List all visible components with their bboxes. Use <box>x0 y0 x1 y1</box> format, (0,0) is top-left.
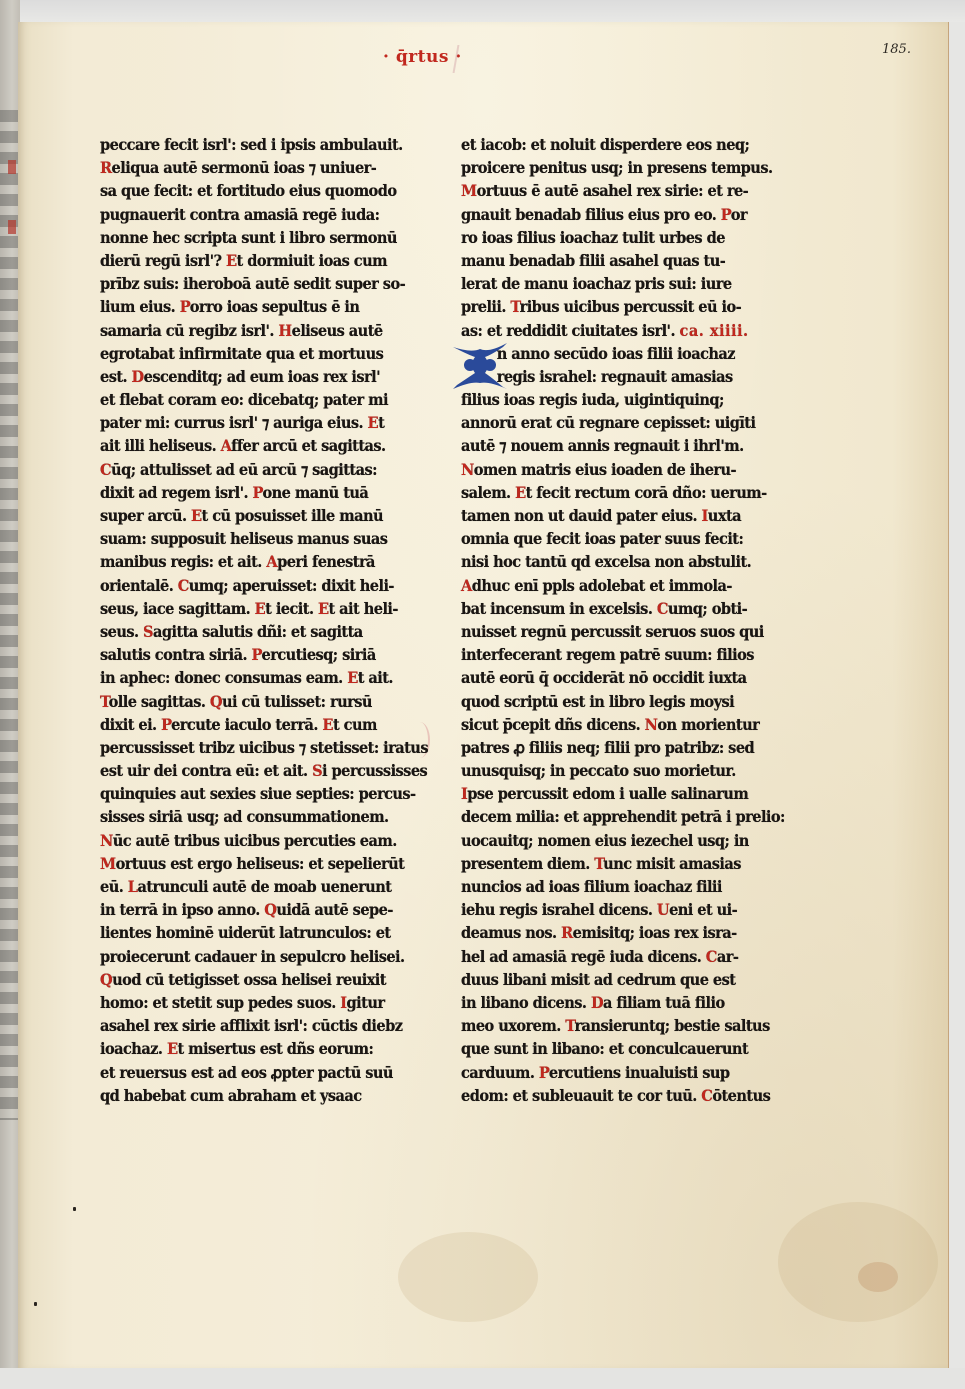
line-text: umq; aperuisset: dixit heli- <box>189 576 394 595</box>
line-text: manu benadab filii asahel quas tu- <box>461 251 725 270</box>
rubricated-initial: D <box>591 993 603 1012</box>
line-text: atrunculi autē de moab uenerunt <box>137 877 391 896</box>
rubricated-initial: C <box>178 576 189 595</box>
text-line: quinquies aut sexies siue septies: percu… <box>100 782 382 805</box>
ink-speck <box>73 1207 76 1211</box>
text-line: nonne hec scripta sunt i libro sermonū <box>100 226 382 249</box>
line-text: edom: et subleuauit te cor tuū. <box>461 1086 701 1105</box>
line-text: homo: et stetit sup pedes suos. <box>100 993 340 1012</box>
rubricated-initial: C <box>100 460 111 479</box>
text-line: duus libani misit ad cedrum que est <box>461 968 743 991</box>
line-text: one manū tuā <box>263 483 369 502</box>
rubricated-initial: Q <box>264 900 276 919</box>
line-text: nuisset regnū percussit seruos suos qui <box>461 622 764 641</box>
line-text: eliseus autē <box>292 321 383 340</box>
text-line: Ipse percussit edom i ualle salinarum <box>461 782 743 805</box>
line-text: ioachaz. <box>100 1039 167 1058</box>
ink-speck <box>34 1302 37 1306</box>
text-line: sa que fecit: et fortitudo eius quomodo <box>100 179 382 202</box>
line-text: et flebat coram eo: dicebatq; pater mi <box>100 390 388 409</box>
rubricated-initial: E <box>515 483 526 502</box>
line-text: egrotabat infirmitate qua et mortuus <box>100 344 383 363</box>
text-line: Mortuus est ergo heliseus: et sepelierūt <box>100 852 382 875</box>
text-line: patres ꝓ filiis neq; filii pro patribz: … <box>461 736 743 759</box>
line-text: tamen non ut dauid pater eius. <box>461 506 702 525</box>
line-text: peccare fecit isrl': sed i ipsis ambulau… <box>100 135 403 154</box>
text-line: que sunt in libano: et conculcauerunt <box>461 1037 743 1060</box>
line-text: est uir dei contra eū: et ait. <box>100 761 312 780</box>
line-text: lium eius. <box>100 297 180 316</box>
text-line: homo: et stetit sup pedes suos. Igitur <box>100 991 382 1014</box>
text-line: Nomen matris eius ioaden de iheru- <box>461 458 743 481</box>
text-line: super arcū. Et cū posuisset ille manū <box>100 504 382 527</box>
text-line: Mortuus ē autē asahel rex sirie: et re- <box>461 179 743 202</box>
line-text: autē ⁊ nouem annis regnauit i ihrl'm. <box>461 436 744 455</box>
line-text: meo uxorem. <box>461 1016 565 1035</box>
line-text: or <box>731 205 747 224</box>
text-line: peccare fecit isrl': sed i ipsis ambulau… <box>100 133 382 156</box>
chapter-number: ca. xiiii. <box>679 321 748 340</box>
rubricated-initial: U <box>657 900 669 919</box>
line-text: ait illi heliseus. <box>100 436 221 455</box>
text-line: dixit ad regem isrl'. Pone manū tuā <box>100 481 382 504</box>
text-line: percussisset tribz uicibus ⁊ stetisset: … <box>100 736 382 759</box>
rubricated-initial: T <box>510 297 519 316</box>
line-text: in libano dicens. <box>461 993 591 1012</box>
text-line: pater mi: currus isrl' ⁊ auriga eius. Et <box>100 411 382 434</box>
line-text: pse percussit edom i ualle salinarum <box>467 784 748 803</box>
line-text: t cū posuisset ille manū <box>202 506 384 525</box>
line-text: ōtentus <box>712 1086 770 1105</box>
text-line: orientalē. Cumq; aperuisset: dixit heli- <box>100 574 382 597</box>
line-text: a filiam tuā filio <box>603 993 725 1012</box>
rubricated-initial: C <box>706 947 717 966</box>
text-line: qd habebat cum abraham et ysaac <box>100 1084 382 1107</box>
text-line: edom: et subleuauit te cor tuū. Cōtentus <box>461 1084 743 1107</box>
line-text: regis israhel: regnauit amasias <box>497 367 733 386</box>
rubricated-initial: E <box>191 506 202 525</box>
line-text: t dormiuit ioas cum <box>237 251 387 270</box>
line-text: n anno secūdo ioas filii ioachaz <box>497 344 735 363</box>
text-line: gnauit benadab filius eius pro eo. Por <box>461 203 743 226</box>
text-line: lium eius. Porro ioas sepultus ē in <box>100 295 382 318</box>
line-text: unusquisq; in peccato suo morietur. <box>461 761 736 780</box>
rubricated-initial: N <box>645 715 658 734</box>
line-text: as: et reddidit ciuitates isrl'. <box>461 321 679 340</box>
text-line: lientes hominē uiderūt latrunculos: et <box>100 921 382 944</box>
rubricated-initial: P <box>539 1063 549 1082</box>
line-text: eliqua autē sermonū ioas ⁊ uniuer- <box>112 158 377 177</box>
line-text: filius ioas regis iuda, uigintiquinq; <box>461 390 724 409</box>
text-line: et flebat coram eo: dicebatq; pater mi <box>100 388 382 411</box>
line-text: t cum <box>333 715 377 734</box>
parchment-stain <box>398 1232 538 1322</box>
line-text: escenditq; ad eum ioas rex isrl' <box>144 367 380 386</box>
text-line: iehu regis israhel dicens. Ueni et ui- <box>461 898 743 921</box>
line-text: uxta <box>708 506 741 525</box>
text-line: nuisset regnū percussit seruos suos qui <box>461 620 743 643</box>
text-line: bat incensum in excelsis. Cumq; obti- <box>461 597 743 620</box>
rubricated-initial: T <box>594 854 603 873</box>
text-line: regis israhel: regnauit amasias <box>461 365 743 388</box>
line-text: ar- <box>717 947 738 966</box>
line-text: lerat de manu ioachaz pris sui: iure <box>461 274 732 293</box>
previous-page-rubric-mark <box>8 160 16 174</box>
rubricated-initial: T <box>100 692 109 711</box>
line-text: deamus nos. <box>461 923 561 942</box>
line-text: t misertus est dñs eorum: <box>177 1039 373 1058</box>
text-line: et iacob: et noluit disperdere eos neq; <box>461 133 743 156</box>
line-text: ercutiesq; siriā <box>262 645 376 664</box>
text-line: annorū erat cū regnare cepisset: uigīti <box>461 411 743 434</box>
rubricated-initial: P <box>252 645 262 664</box>
line-text: unc misit amasias <box>603 854 741 873</box>
line-text: t ait heli- <box>329 599 398 618</box>
line-text: t ait. <box>358 668 393 687</box>
line-text: ortuus est ergo heliseus: et sepelierūt <box>116 854 405 873</box>
line-text: omen matris eius ioaden de iheru- <box>474 460 736 479</box>
line-text: i percussisses <box>322 761 427 780</box>
line-text: lientes hominē uiderūt latrunculos: et <box>100 923 391 942</box>
line-text: quinquies aut sexies siue septies: percu… <box>100 784 416 803</box>
parchment-stain <box>778 1202 938 1322</box>
text-line: et reuersus est ad eos ꝓpter pactū suū <box>100 1061 382 1084</box>
rubricated-initial: N <box>461 460 474 479</box>
text-line: samaria cū regibz isrl'. Heliseus autē <box>100 319 382 342</box>
line-text: dierū regū isrl'? <box>100 251 226 270</box>
line-text: manibus regis: et ait. <box>100 552 266 571</box>
rubricated-initial: E <box>347 668 358 687</box>
line-text: proicere penitus usq; in presens tempus. <box>461 158 772 177</box>
rubricated-initial: E <box>255 599 266 618</box>
line-text: ercutiens inualuisti sup <box>549 1063 730 1082</box>
text-line: manibus regis: et ait. Aperi fenestrā <box>100 550 382 573</box>
text-line: Reliqua autē sermonū ioas ⁊ uniuer- <box>100 156 382 179</box>
text-line: suam: supposuit heliseus manus suas <box>100 527 382 550</box>
text-line: ro ioas filius ioachaz tulit urbes de <box>461 226 743 249</box>
text-line: hel ad amasiā regē iuda dicens. Car- <box>461 945 743 968</box>
text-line: est. Descenditq; ad eum ioas rex isrl' <box>100 365 382 388</box>
text-line: ioachaz. Et misertus est dñs eorum: <box>100 1037 382 1060</box>
text-line: quod scriptū est in libro legis moysi <box>461 690 743 713</box>
line-text: t <box>378 413 384 432</box>
text-line: nisi hoc tantū qd excelsa non abstulit. <box>461 550 743 573</box>
line-text: percussisset tribz uicibus ⁊ stetisset: … <box>100 738 428 757</box>
line-text: qd habebat cum abraham et ysaac <box>100 1086 362 1105</box>
running-head: · q̄rtus · <box>383 47 462 67</box>
scan-backdrop-bottom <box>0 1368 965 1389</box>
rubricated-initial: M <box>461 181 477 200</box>
line-text: proiecerunt cadauer in sepulcro helisei. <box>100 947 405 966</box>
rubricated-initial: P <box>253 483 263 502</box>
line-text: et reuersus est ad eos ꝓpter pactū suū <box>100 1063 393 1082</box>
line-text: que sunt in libano: et conculcauerunt <box>461 1039 748 1058</box>
line-text: uidā autē sepe- <box>276 900 392 919</box>
rubricated-initial: E <box>368 413 379 432</box>
line-text: t iecit. <box>265 599 318 618</box>
line-text: ortuus ē autē asahel rex sirie: et re- <box>477 181 749 200</box>
line-text: samaria cū regibz isrl'. <box>100 321 278 340</box>
text-line: dixit ei. Percute iaculo terrā. Et cum <box>100 713 382 736</box>
text-line: in libano dicens. Da filiam tuā filio <box>461 991 743 1014</box>
text-line: salutis contra siriā. Percutiesq; siriā <box>100 643 382 666</box>
text-line: meo uxorem. Transieruntq; bestie saltus <box>461 1014 743 1037</box>
text-line: in terrā in ipso anno. Quidā autē sepe- <box>100 898 382 921</box>
running-head-text: · q̄rtus · <box>383 47 462 67</box>
text-line: est uir dei contra eū: et ait. Si percus… <box>100 759 382 782</box>
text-line: Nūc autē tribus uicibus percuties eam. <box>100 829 382 852</box>
text-line: Quod cū tetigisset ossa helisei reuixit <box>100 968 382 991</box>
text-line: prībz suis: iheroboā autē sedit super so… <box>100 272 382 295</box>
rubricated-initial: C <box>657 599 668 618</box>
line-text: eū. <box>100 877 128 896</box>
line-text: umq; obti- <box>668 599 747 618</box>
text-line: omnia que fecit ioas pater suus fecit: <box>461 527 743 550</box>
rubricated-initial: C <box>701 1086 712 1105</box>
text-line: filius ioas regis iuda, uigintiquinq; <box>461 388 743 411</box>
rubricated-initial: D <box>132 367 144 386</box>
line-text: omnia que fecit ioas pater suus fecit: <box>461 529 743 548</box>
line-text: eni et ui- <box>669 900 737 919</box>
line-text: sicut p̄cepit dñs dicens. <box>461 715 645 734</box>
line-text: presentem diem. <box>461 854 594 873</box>
line-text: dixit ei. <box>100 715 161 734</box>
text-line: uocauitq; nomen eius iezechel usq; in <box>461 829 743 852</box>
line-text: in terrā in ipso anno. <box>100 900 264 919</box>
line-text: agitta salutis dñi: et sagitta <box>153 622 363 641</box>
rubricated-initial: H <box>278 321 291 340</box>
line-text: orro ioas sepultus ē in <box>190 297 360 316</box>
text-line: sicut p̄cepit dñs dicens. Non morientur <box>461 713 743 736</box>
text-line: asahel rex sirie afflixit isrl': cūctis … <box>100 1014 382 1037</box>
text-line: proiecerunt cadauer in sepulcro helisei. <box>100 945 382 968</box>
line-text: emisitq; ioas rex isra- <box>573 923 737 942</box>
line-text: pugnauerit contra amasiā regē iuda: <box>100 205 379 224</box>
rubricated-initial: E <box>167 1039 178 1058</box>
line-text: gitur <box>347 993 385 1012</box>
line-text: seus, iace sagittam. <box>100 599 255 618</box>
folio-number: 185. <box>882 42 911 57</box>
text-line: Cūq; attulisset ad eū arcū ⁊ sagittas: <box>100 458 382 481</box>
line-text: ffer arcū et sagittas. <box>231 436 385 455</box>
text-line: pugnauerit contra amasiā regē iuda: <box>100 203 382 226</box>
line-text: orientalē. <box>100 576 178 595</box>
line-text: ribus uicibus percussit eū io- <box>520 297 742 316</box>
line-text: suam: supposuit heliseus manus suas <box>100 529 387 548</box>
line-text: ui cū tulisset: rursū <box>222 692 372 711</box>
line-text: pater mi: currus isrl' ⁊ auriga eius. <box>100 413 368 432</box>
text-line: eū. Latrunculi autē de moab uenerunt <box>100 875 382 898</box>
line-text: quod scriptū est in libro legis moysi <box>461 692 734 711</box>
line-text: iehu regis israhel dicens. <box>461 900 657 919</box>
line-text: est. <box>100 367 132 386</box>
rubricated-initial: R <box>100 158 112 177</box>
rubricated-initial: S <box>143 622 153 641</box>
line-text: nonne hec scripta sunt i libro sermonū <box>100 228 397 247</box>
text-line: interfecerant regem patrē suum: filios <box>461 643 743 666</box>
rubricated-initial: L <box>128 877 138 896</box>
text-line: carduum. Percutiens inualuisti sup <box>461 1061 743 1084</box>
text-line: Tolle sagittas. Qui cū tulisset: rursū <box>100 690 382 713</box>
line-text: super arcū. <box>100 506 191 525</box>
text-line: egrotabat infirmitate qua et mortuus <box>100 342 382 365</box>
line-text: uod cū tetigisset ossa helisei reuixit <box>112 970 386 989</box>
line-text: on morientur <box>657 715 759 734</box>
line-text: t fecit rectum corā dño: uerum- <box>526 483 767 502</box>
text-line: lerat de manu ioachaz pris sui: iure <box>461 272 743 295</box>
line-text: uocauitq; nomen eius iezechel usq; in <box>461 831 749 850</box>
line-text: ercute iaculo terrā. <box>171 715 322 734</box>
rubricated-initial: N <box>100 831 113 850</box>
line-text: dixit ad regem isrl'. <box>100 483 253 502</box>
text-line: sisses siriā usq; ad consummationem. <box>100 805 382 828</box>
line-text: peri fenestrā <box>277 552 375 571</box>
line-text: in aphec: donec consumas eam. <box>100 668 347 687</box>
text-line: seus. Sagitta salutis dñi: et sagitta <box>100 620 382 643</box>
line-text: sa que fecit: et fortitudo eius quomodo <box>100 181 396 200</box>
line-text: prībz suis: iheroboā autē sedit super so… <box>100 274 405 293</box>
rubricated-initial: A <box>266 552 277 571</box>
line-text: salutis contra siriā. <box>100 645 252 664</box>
text-line: decem milia: et apprehendit petrā i prel… <box>461 805 743 828</box>
text-line: dierū regū isrl'? Et dormiuit ioas cum <box>100 249 382 272</box>
line-text: annorū erat cū regnare cepisset: uigīti <box>461 413 755 432</box>
line-text: autē eorū q̄ occiderāt nō occidit iuxta <box>461 668 747 687</box>
rubricated-initial: P <box>721 205 731 224</box>
line-text: seus. <box>100 622 143 641</box>
line-text: ūc autē tribus uicibus percuties eam. <box>113 831 397 850</box>
line-text: olle sagittas. <box>109 692 210 711</box>
rubricated-initial: T <box>565 1016 574 1035</box>
text-line: salem. Et fecit rectum corā dño: uerum- <box>461 481 743 504</box>
line-text: dhuc enī ppls adolebat et immola- <box>472 576 732 595</box>
text-line: ait illi heliseus. Affer arcū et sagitta… <box>100 434 382 457</box>
rubricated-initial: P <box>180 297 190 316</box>
line-text: hel ad amasiā regē iuda dicens. <box>461 947 706 966</box>
line-text: duus libani misit ad cedrum que est <box>461 970 735 989</box>
text-line: Adhuc enī ppls adolebat et immola- <box>461 574 743 597</box>
line-text: patres ꝓ filiis neq; filii pro patribz: … <box>461 738 754 757</box>
line-text: prelii. <box>461 297 510 316</box>
text-line: prelii. Tribus uicibus percussit eū io- <box>461 295 743 318</box>
text-line: autē ⁊ nouem annis regnauit i ihrl'm. <box>461 434 743 457</box>
scan-backdrop-top <box>0 0 965 22</box>
rubricated-initial: Q <box>210 692 222 711</box>
line-text: ūq; attulisset ad eū arcū ⁊ sagittas: <box>111 460 377 479</box>
line-text: sisses siriā usq; ad consummationem. <box>100 807 389 826</box>
text-column-left: peccare fecit isrl': sed i ipsis ambulau… <box>100 133 400 1107</box>
rubricated-initial: S <box>312 761 322 780</box>
rubricated-initial: E <box>318 599 329 618</box>
rubricated-initial: E <box>226 251 237 270</box>
text-line: presentem diem. Tunc misit amasias <box>461 852 743 875</box>
text-line: n anno secūdo ioas filii ioachaz <box>461 342 743 365</box>
text-line: nuncios ad ioas filium ioachaz filii <box>461 875 743 898</box>
rubricated-initial: A <box>221 436 231 455</box>
text-line: tamen non ut dauid pater eius. Iuxta <box>461 504 743 527</box>
text-line: unusquisq; in peccato suo morietur. <box>461 759 743 782</box>
previous-page-text-bleed <box>0 110 18 1120</box>
text-line: seus, iace sagittam. Et iecit. Et ait he… <box>100 597 382 620</box>
text-line: deamus nos. Remisitq; ioas rex isra- <box>461 921 743 944</box>
line-text: salem. <box>461 483 515 502</box>
line-text: nuncios ad ioas filium ioachaz filii <box>461 877 722 896</box>
line-text: nisi hoc tantū qd excelsa non abstulit. <box>461 552 751 571</box>
line-text: bat incensum in excelsis. <box>461 599 657 618</box>
text-line: autē eorū q̄ occiderāt nō occidit iuxta <box>461 666 743 689</box>
rubricated-initial: P <box>161 715 171 734</box>
rubricated-initial: M <box>100 854 116 873</box>
line-text: asahel rex sirie afflixit isrl': cūctis … <box>100 1016 402 1035</box>
line-text: et iacob: et noluit disperdere eos neq; <box>461 135 749 154</box>
text-line: in aphec: donec consumas eam. Et ait. <box>100 666 382 689</box>
line-text: ro ioas filius ioachaz tulit urbes de <box>461 228 725 247</box>
line-text: gnauit benadab filius eius pro eo. <box>461 205 721 224</box>
rubricated-initial: Q <box>100 970 112 989</box>
text-line: proicere penitus usq; in presens tempus. <box>461 156 743 179</box>
line-text: decem milia: et apprehendit petrā i prel… <box>461 807 785 826</box>
rubricated-initial: R <box>561 923 573 942</box>
rubricated-initial: E <box>322 715 333 734</box>
previous-page-rubric-mark <box>8 220 16 234</box>
line-text: interfecerant regem patrē suum: filios <box>461 645 754 664</box>
text-column-right: et iacob: et noluit disperdere eos neq;p… <box>461 133 761 1107</box>
rubricated-initial: A <box>461 576 472 595</box>
line-text: ransieruntq; bestie saltus <box>574 1016 769 1035</box>
text-line: as: et reddidit ciuitates isrl'. ca. xii… <box>461 319 743 342</box>
line-text: carduum. <box>461 1063 539 1082</box>
text-line: manu benadab filii asahel quas tu- <box>461 249 743 272</box>
parchment-spot <box>858 1262 898 1292</box>
